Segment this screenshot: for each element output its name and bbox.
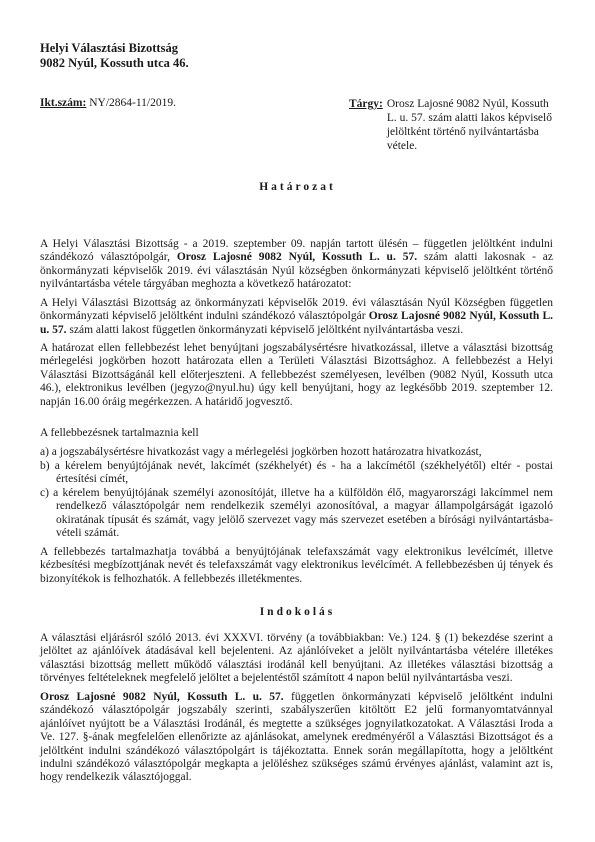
- reference-value: NY/2864-11/2019.: [86, 97, 176, 109]
- subject: Tárgy: Orosz Lajosné 9082 Nyúl, Kossuth …: [349, 97, 557, 153]
- reasoning-paragraph-1: A választási eljárásról szóló 2013. évi …: [40, 632, 553, 686]
- appeal-item: b) a kérelem benyújtójának nevét, lakcím…: [40, 460, 553, 487]
- reasoning-paragraph-2: Orosz Lajosné 9082 Nyúl, Kossuth L. u. 5…: [40, 691, 553, 785]
- appeal-item: c) a kérelem benyújtójának személyi azon…: [40, 487, 553, 541]
- org-address: 9082 Nyúl, Kossuth utca 46.: [40, 56, 189, 71]
- subject-text: Orosz Lajosné 9082 Nyúl, Kossuth L. u. 5…: [387, 97, 557, 153]
- appeal-item: a) a jogszabálysértésre hivatkozást vagy…: [40, 446, 553, 459]
- appeal-optional-paragraph: A fellebbezés tartalmazhatja továbbá a b…: [40, 546, 553, 586]
- org-name: Helyi Választási Bizottság: [40, 41, 189, 56]
- reasoning-title: Indokolás: [0, 606, 595, 618]
- candidate-name: Orosz Lajosné 9082 Nyúl, Kossuth L. u. 5…: [177, 251, 417, 263]
- reference-label: Ikt.szám:: [40, 97, 86, 109]
- subject-label: Tárgy:: [349, 97, 383, 153]
- candidate-name: Orosz Lajosné 9082 Nyúl, Kossuth L. u. 5…: [40, 691, 284, 703]
- letterhead: Helyi Választási Bizottság 9082 Nyúl, Ko…: [40, 41, 189, 71]
- intro-paragraph: A Helyi Választási Bizottság - a 2019. s…: [40, 238, 553, 292]
- decision-paragraph: A Helyi Választási Bizottság az önkormán…: [40, 297, 553, 337]
- appeal-contents-intro: A fellebbezésnek tartalmaznia kell: [40, 427, 553, 440]
- appeal-paragraph: A határozat ellen fellebbezést lehet ben…: [40, 342, 553, 409]
- decision-text-end: szám alatti lakost független önkormányza…: [67, 324, 464, 336]
- reasoning-text: független önkormányzati képviselő jelölt…: [40, 691, 553, 783]
- decision-title: Határozat: [0, 181, 595, 193]
- reference-number: Ikt.szám: NY/2864-11/2019.: [40, 97, 176, 109]
